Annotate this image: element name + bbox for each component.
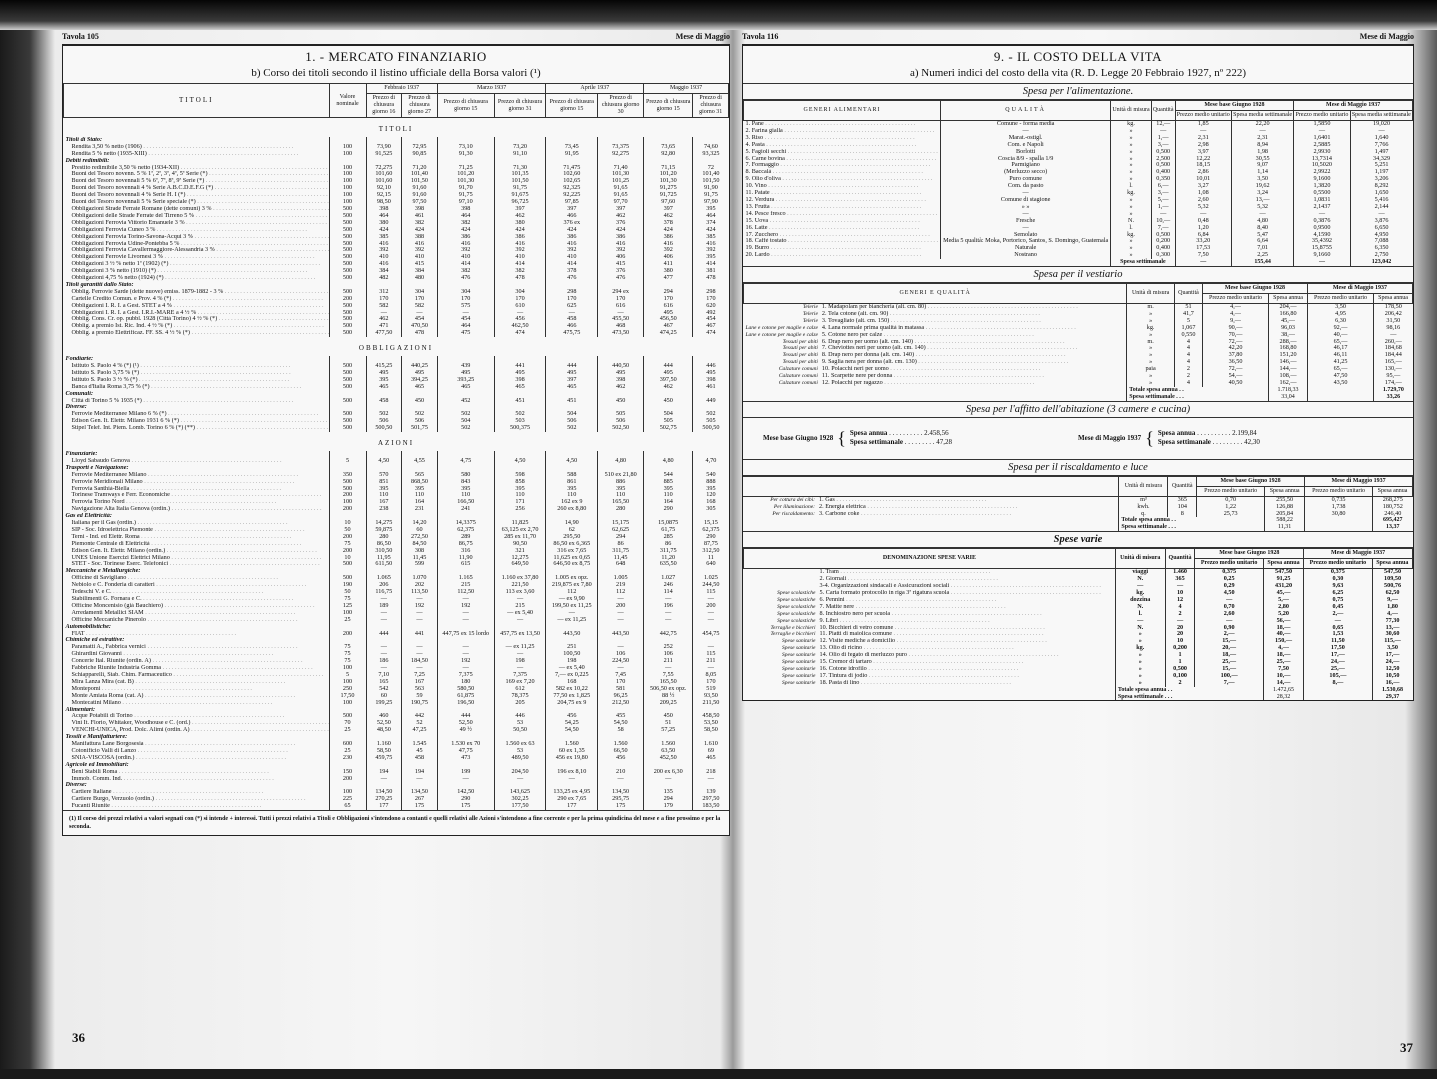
total-current: 1.729,7033,26 — [1374, 387, 1413, 401]
category: Tessuti per abiti — [744, 359, 820, 366]
security-name: Arredamenti Metallici SIAM — [64, 610, 330, 617]
price-cell: 196,50 — [437, 700, 494, 707]
right-page: Tavola 116 Mese di Maggio 9. - IL COSTO … — [742, 32, 1414, 701]
unit: » — [1127, 380, 1175, 387]
security-name: Obbligazioni Ferrovia Cuneo 3 % — [64, 227, 330, 234]
left-month: Mese di Maggio — [676, 32, 730, 44]
nominal-value: 200 — [329, 631, 366, 638]
security-name: Buoni del Tesoro novenn. 5 % 1ª, 2ª, 3ª,… — [64, 171, 330, 178]
security-name: UNES Unione Esercizi Elettrici Milano — [64, 555, 330, 562]
price-cell: 477 — [644, 275, 693, 282]
table-row: 1. Tramviaggi1.4600,375547,500,375547,50 — [744, 569, 1413, 576]
security-name: Edison Gen. It. Elettr. Milano (ordin.) — [64, 548, 330, 555]
group-label: Debiti redimibili: — [64, 158, 330, 165]
total-label: Totale spesa annua . .Spesa settimanale … — [1127, 387, 1269, 401]
category: Calzature comuni — [744, 366, 820, 373]
price-cell: 444 — [366, 631, 402, 638]
price-cell: 635,50 — [644, 561, 693, 568]
table-row: Telerie3. Tovagliato (alt. cm. 150)»59,—… — [744, 318, 1413, 325]
table-row: Per cottura dei cibi:1. Gasm³3650,70255,… — [743, 496, 1413, 503]
group-label: Titoli garantiti dallo Stato: — [64, 282, 330, 289]
security-name: Obbligazioni 3 ½ % netto 1ª (1902) (*) — [64, 261, 330, 268]
nominal-value: 200 — [329, 506, 366, 513]
table-row: Obbligazioni Ferrovia Vittorio Emanuele … — [64, 220, 729, 227]
table-row: Obblig. Ferrovie Sarde (dette nuove) emi… — [64, 289, 729, 296]
total-row: Totale spesa annua . .Spesa settimanale … — [743, 517, 1413, 531]
nominal-value: 200 — [329, 776, 366, 783]
food-item: 10. Vino — [744, 183, 941, 190]
security-name: Buoni del Tesoro novennali 5 % Serie spe… — [64, 199, 330, 206]
total-current: 1.530,6829,37 — [1372, 687, 1412, 701]
food-item: 19. Burro — [744, 245, 941, 252]
food-item: 9. Olio d'oliva — [744, 176, 941, 183]
price-cell: 93,325 — [693, 151, 729, 158]
food-item: 14. Pesce fresco — [744, 211, 941, 218]
price-cell: 465 — [402, 384, 438, 391]
security-name: Ghirardini Giovanni — [64, 651, 330, 658]
price-cell: 177 — [546, 803, 598, 810]
col-spesa-annua: Spesa annua — [1263, 559, 1303, 569]
food-item: 7. Formaggio — [744, 162, 941, 169]
table-row: 15. UovaFrescheN.10,—0,484,800,38763,876 — [744, 218, 1413, 225]
category: Terraglie e bicchieri — [744, 631, 818, 638]
security-name: Istituto S. Paolo 3 ½ % (*) — [64, 377, 330, 384]
table-row: Obbligazioni Ferrovia Cavallermaggiore-A… — [64, 247, 729, 254]
col-generi-qualita: GENERI E QUALITÀ — [744, 284, 1127, 304]
food-item: 3. Riso — [744, 135, 941, 142]
security-name: Stipel Telef. Int. Piem. Lomb. Torino 6 … — [64, 425, 330, 432]
table-row: Obbligazioni I. R. I. a Gest. STET a 4 %… — [64, 303, 729, 310]
nominal-value: 500 — [329, 398, 366, 405]
current-annual: 246,40 — [1373, 511, 1413, 518]
group-label: Meccaniche e Metallurgiche: — [64, 568, 330, 575]
table-row: 3. RisoMarat.-ostigl.»1,—2,312,311,64011… — [744, 135, 1413, 142]
table-row: Terraglie e bicchieri11. Piatti di maiol… — [744, 631, 1413, 638]
price-cell: 442,75 — [644, 631, 693, 638]
security-name: Ferrovie Mediterranee Milano — [64, 472, 330, 479]
security-name: Officine di Savigliano — [64, 575, 330, 582]
security-name: VENCHI-UNICA, Prod. Dolc. Alimi (ordin. … — [64, 727, 330, 734]
table-row: Ferrovie Mediterranee Milano 6 % (*)5005… — [64, 411, 729, 418]
col-unita: Unità di misura — [1115, 549, 1165, 569]
price-cell: 456 ex 19,80 — [546, 755, 598, 762]
security-name: Manifattura Lane Borgosesia — [64, 741, 330, 748]
group-label: Agricole ed Immobiliari: — [64, 762, 330, 769]
security-name: Obbligazioni Ferrovie Livornesi 3 % — [64, 254, 330, 261]
food-table: GENERI ALIMENTARI QUALITÀ Unità di misur… — [743, 100, 1413, 266]
price-cell: 4,80 — [644, 458, 693, 465]
price-cell: 48,50 — [366, 727, 402, 734]
table-row: Buoni del Tesoro novennali 5 % Serie spe… — [64, 199, 729, 206]
group-heading-row: Agricole ed Immobiliari: — [64, 762, 729, 769]
food-item: 12. Verdura — [744, 197, 941, 204]
group-label: Alimentari: — [64, 707, 330, 714]
section-heading: TITOLI — [64, 118, 729, 137]
col-base-month: Mese base Giugno 1928 — [1197, 476, 1305, 486]
purpose: Per illuminazione: — [743, 504, 817, 511]
category: Calzature comuni — [744, 373, 820, 380]
group-heading-row: Chimiche ed estrattive: — [64, 637, 729, 644]
nominal-value: 500 — [329, 330, 366, 337]
item: 9. Saglia nera per donna (alt. cm. 130) — [820, 359, 1127, 366]
item: 14. Olio di fegato di merluzzo puro — [818, 652, 1116, 659]
price-cell: 476 — [598, 275, 644, 282]
group-label: Titoli di Stato: — [64, 137, 330, 144]
group-label: Automobilistiche: — [64, 624, 330, 631]
current-price: 8,— — [1304, 680, 1372, 687]
group-heading-row: Finanziarie: — [64, 451, 729, 458]
scanned-spread: Tavola 105 Mese di Maggio 1. - MERCATO F… — [0, 0, 1437, 1079]
total-current: 695,42713,37 — [1373, 517, 1413, 531]
scan-top-edge — [0, 0, 1437, 30]
table-row: Ferrovie Mediterranee Milano350570565580… — [64, 472, 729, 479]
security-name: Ferrovia Santhià-Biella — [64, 486, 330, 493]
price-cell: 477,50 — [366, 330, 402, 337]
group-label: Gas ed Elettricità: — [64, 513, 330, 520]
table-row: Telerie2. Tela cotone (alt. cm. 90)»41,7… — [744, 311, 1413, 318]
price-cell: 212,50 — [598, 700, 644, 707]
category: Spese scolastiche — [744, 611, 818, 618]
item: 2. Giornali — [818, 576, 1116, 583]
security-name: Concerie Ital. Riunite (ordin. A) — [64, 658, 330, 665]
item: 12. Visite mediche a domicilio — [818, 638, 1116, 645]
table-row: Istituto S. Paolo 4 % (*) (¹)500415,2544… — [64, 363, 729, 370]
table-row: 2. Farina gialla—»————— — [744, 128, 1413, 135]
price-cell: 450 — [644, 398, 693, 405]
item: 12. Polacchi per ragazzo — [820, 380, 1127, 387]
security-name: Montecatini Milano — [64, 700, 330, 707]
cost-of-living-frame: 9. - IL COSTO DELLA VITA a) Numeri indic… — [742, 44, 1414, 701]
group-heading-row: Comunali: — [64, 391, 729, 398]
category: Telerie — [744, 318, 820, 325]
right-running-head: Tavola 116 Mese di Maggio — [742, 32, 1414, 44]
col-prezzo: Prezzo medio unitario — [1195, 559, 1263, 569]
left-title: 1. - MERCATO FINANZIARIO — [63, 49, 729, 65]
table-row: Arredamenti Metallici SIAM100———— ex 5,4… — [64, 610, 729, 617]
category: Lane e cotone per maglie e calze — [744, 325, 820, 332]
food-item: 18. Caffè tostato — [744, 238, 941, 245]
security-name: Fabbriche Riunite Industria Gomma — [64, 665, 330, 672]
price-cell: 4,50 — [546, 458, 598, 465]
group-heading-row: Debiti redimibili: — [64, 158, 729, 165]
security-name: Obbligazioni Ferrovia Cavallermaggiore-A… — [64, 247, 330, 254]
security-name: Rendita 3,50 % netto (1906) — [64, 144, 330, 151]
price-cell: 476 — [437, 275, 494, 282]
table-row: Banca d'Italia Roma 3,75 % (*)5004654654… — [64, 384, 729, 391]
price-cell: 290 — [644, 506, 693, 513]
table-row: Obbligazioni delle Strade Ferrate del Ti… — [64, 213, 729, 220]
price-cell: 459,75 — [366, 755, 402, 762]
table-row: Per illuminazione:2. Energia elettricakw… — [743, 504, 1413, 511]
table-row: Spese scolastiche9. Libri———56,——77,30 — [744, 618, 1413, 625]
price-cell: — — [437, 776, 494, 783]
table-row: Obbligazioni 4,75 % netto (1924) (*)5004… — [64, 275, 729, 282]
item: 16. Cotone idrofilo — [818, 666, 1116, 673]
nominal-value: 230 — [329, 755, 366, 762]
table-row: Spese scolastiche8. Inchiostro nero per … — [744, 611, 1413, 618]
category — [744, 583, 818, 590]
nominal-value: 5 — [329, 458, 366, 465]
right-title: 9. - IL COSTO DELLA VITA — [743, 49, 1413, 65]
item: 3. Tovagliato (alt. cm. 150) — [820, 318, 1127, 325]
security-name: Mira Lanza Mira (cat. B) — [64, 679, 330, 686]
security-name: Cotonificio Valli di Lanzo — [64, 748, 330, 755]
category: Spese sanitarie — [744, 673, 818, 680]
food-item: 1. Pane — [744, 121, 941, 128]
price-cell: 452 — [437, 398, 494, 405]
price-cell: 91,525 — [366, 151, 402, 158]
table-row: Spese sanitarie13. Olio di ricinokg.0,20… — [744, 645, 1413, 652]
total-base: 1.718,3333,04 — [1269, 387, 1308, 401]
price-cell: 501,75 — [402, 425, 438, 432]
table-row: 11. Patate—kg.3,—1,083,240,55001,650 — [744, 190, 1413, 197]
item: 10. Bicchieri di vetro comune — [818, 625, 1116, 632]
table-row: Obblig. Cons. Cr. op. pubbl. 1928 (Città… — [64, 316, 729, 323]
price-cell: 260 ex 8,80 — [546, 506, 598, 513]
table-row: Manifattura Lane Borgosesia6001.1601.545… — [64, 741, 729, 748]
quantity: 2 — [1165, 680, 1195, 687]
item: 5. Carta formato protocollo in riga 3ª r… — [818, 590, 1116, 597]
current-price: 43,50 — [1307, 380, 1373, 387]
price-cell: 47,25 — [402, 727, 438, 734]
table-row: Concerie Ital. Riunite (ordin. A)7518618… — [64, 658, 729, 665]
table-row: Vini It. Florio, Whitaker, Woodhouse e C… — [64, 720, 729, 727]
security-name: Obblig. Ferrovie Sarde (dette nuove) emi… — [64, 289, 330, 296]
security-name: Navigazione Alta Italia Genova (ordin.) — [64, 506, 330, 513]
table-row: Calzature comuni11. Scarpette nere per d… — [744, 373, 1413, 380]
group-label: Fondiarie: — [64, 356, 330, 363]
price-cell: 57,25 — [644, 727, 693, 734]
col-quantita: Quantità — [1168, 476, 1197, 496]
security-name: Ferrovia Torino Nord — [64, 499, 330, 506]
price-cell: 256 — [494, 506, 546, 513]
table-row: Buoni del Tesoro novennali 5 % 6ª, 7ª, 8… — [64, 178, 729, 185]
col-unita: Unità di misura — [1127, 284, 1175, 304]
price-cell: — — [494, 617, 546, 624]
price-cell: — — [494, 776, 546, 783]
col-month-may: Maggio 1937 — [644, 84, 729, 94]
security-name: Officine Moncenisio (già Bauchiero) — [64, 603, 330, 610]
col-titoli: TITOLI — [64, 84, 330, 118]
category: Telerie — [744, 304, 820, 311]
price-cell: 474 — [693, 330, 729, 337]
unit: q. — [1119, 511, 1168, 518]
table-row: Telerie1. Madapolam per biancheria (alt.… — [744, 304, 1413, 311]
group-heading-row: Diverse: — [64, 404, 729, 411]
left-table-number: Tavola 105 — [62, 32, 99, 44]
rent-block: Mese base Giugno 1928 { Spesa annua . . … — [743, 418, 1413, 460]
item: 1. Madapolam per biancheria (alt. cm. 80… — [820, 304, 1127, 311]
table-row: Obbligazioni 3 % netto (1910) (*)5003843… — [64, 268, 729, 275]
security-name: Vini It. Florio, Whitaker, Woodhouse e C… — [64, 720, 330, 727]
price-cell: 500,50 — [693, 425, 729, 432]
col-closing-price: Prezzo di chiusura giorno 30 — [598, 94, 644, 118]
price-cell: — ex 11,25 — [546, 617, 598, 624]
security-name: Cartelle Credito Comun. e Prov. 4 % (*) — [64, 296, 330, 303]
col-prezzo: Prezzo medio unitario — [1307, 294, 1373, 304]
base-price: 7,— — [1195, 680, 1263, 687]
price-cell: 482 — [366, 275, 402, 282]
price-cell: — — [437, 617, 494, 624]
right-page-number: 37 — [1400, 1040, 1413, 1056]
table-row: Fabbriche Riunite Industria Gomma100————… — [64, 665, 729, 672]
nominal-value: 100 — [329, 151, 366, 158]
item: 10. Polacchi neri per uomo — [820, 366, 1127, 373]
security-name: Banca d'Italia Roma 3,75 % (*) — [64, 384, 330, 391]
group-heading-row: Alimentari: — [64, 707, 729, 714]
table-row: Immob. Comm. Ind.200———————— — [64, 776, 729, 783]
current-annual: 174,— — [1374, 380, 1413, 387]
col-generi: GENERI ALIMENTARI — [744, 101, 941, 121]
item: 15. Cremor di tartaro — [818, 659, 1116, 666]
price-cell: 199,25 — [366, 700, 402, 707]
group-label: Diverse: — [64, 404, 330, 411]
table-row: Lloyd Sabaudo Genova54,504,554,754,504,5… — [64, 458, 729, 465]
col-cur-month: Mese di Maggio 1937 — [1305, 476, 1413, 486]
table-row: Ferrovie Meridionali Milano500851868,508… — [64, 479, 729, 486]
purpose: Per riscaldamento: — [743, 511, 817, 518]
col-cur-month: Mese di Maggio 1937 — [1307, 284, 1412, 294]
price-cell: 599 — [402, 561, 438, 568]
table-row: Stipel Telef. Int. Piem. Lomb. Torino 6 … — [64, 425, 729, 432]
security-name: Ferrovie Mediterranee Milano 6 % (*) — [64, 411, 330, 418]
table-row: Spese scolastiche5. Carta formato protoc… — [744, 590, 1413, 597]
category: Spese sanitarie — [744, 680, 818, 687]
col-base-month: Mese base Giugno 1928 — [1202, 284, 1307, 294]
table-row: 3-4. Organizzazioni sindacali e Assicura… — [744, 583, 1413, 590]
security-name: SNIA-VISCOSA (ordin.) — [64, 755, 330, 762]
misc-table: DENOMINAZIONE SPESE VARIE Unità di misur… — [743, 548, 1413, 700]
price-cell: 500,50 — [366, 425, 402, 432]
category: Spese sanitarie — [744, 659, 818, 666]
group-heading-row: Tessili e Manifatturiere: — [64, 734, 729, 741]
price-cell: 179 — [644, 803, 693, 810]
table-row: Cartiere Burgo, Verzuolo (ordin.)225270,… — [64, 796, 729, 803]
security-name: Obbligazioni Strade Ferrate Romane (dett… — [64, 206, 330, 213]
price-cell: 231 — [402, 506, 438, 513]
col-closing-price: Prezzo di chiusura giorno 15 — [437, 94, 494, 118]
col-quantita: Quantità — [1151, 101, 1175, 121]
total-base: 588,2211,31 — [1265, 517, 1305, 531]
price-cell: 49 ½ — [437, 727, 494, 734]
price-cell: 478 — [494, 275, 546, 282]
quality: Nostrano — [941, 252, 1111, 259]
table-row: Officine Meccaniche Pinerolo25————— ex 1… — [64, 617, 729, 624]
nominal-value: 25 — [329, 617, 366, 624]
misc-section-title: Spese varie — [743, 531, 1413, 548]
table-row: Obbligazioni Ferrovie Livornesi 3 %50041… — [64, 254, 729, 261]
price-cell: 241 — [437, 506, 494, 513]
table-row: Spese sanitarie12. Visite mediche a domi… — [744, 638, 1413, 645]
price-cell: 462 — [644, 384, 693, 391]
security-name: Obblig. a premio Ist. Ric. Ind. 4 ½ % (*… — [64, 323, 330, 330]
security-name: Obbligazioni Ferrovia Udine-Pontebba 5 % — [64, 241, 330, 248]
category — [744, 569, 818, 576]
price-cell: 465 — [437, 384, 494, 391]
table-row: Obbligazioni 3 ½ % netto 1ª (1902) (*)50… — [64, 261, 729, 268]
security-name: Montepomi — [64, 686, 330, 693]
table-row: 1. PaneComune - forma mediakg.12,—1,8522… — [744, 121, 1413, 128]
table-row: Calzature comuni10. Polacchi neri per uo… — [744, 366, 1413, 373]
price-cell: 646,50 ex 8,75 — [546, 561, 598, 568]
table-row: Spese sanitarie14. Olio di fegato di mer… — [744, 652, 1413, 659]
table-row: Obbligazioni Ferrovia Torino-Savona-Acqu… — [64, 234, 729, 241]
weekly-label: Spesa settimanale — [1111, 259, 1175, 266]
price-cell: 58,50 — [693, 727, 729, 734]
total-label: Totale spesa annua . .Spesa settimanale … — [1115, 687, 1263, 701]
col-closing-price: Prezzo di chiusura giorno 31 — [494, 94, 546, 118]
price-cell: 175 — [437, 803, 494, 810]
price-cell: 454,75 — [693, 631, 729, 638]
security-name: Obbligazioni Ferrovia Vittorio Emanuele … — [64, 220, 330, 227]
category: Spese sanitarie — [744, 638, 818, 645]
security-name: Buoni del Tesoro novennali 4 % Serie H. … — [64, 192, 330, 199]
base-weekly: 2,25 — [1231, 252, 1293, 259]
table-row: Spese scolastiche7. Matite nereN.40,702,… — [744, 604, 1413, 611]
price-cell: — — [644, 776, 693, 783]
nominal-value: 25 — [329, 727, 366, 734]
price-cell: 90,85 — [402, 151, 438, 158]
category: Spese sanitarie — [744, 666, 818, 673]
security-name: Lloyd Sabaudo Genova — [64, 458, 330, 465]
table-row: Spese sanitarie18. Pasta di lino»27,—14,… — [744, 680, 1413, 687]
col-prezzo: Prezzo medio unitario — [1294, 111, 1350, 121]
price-cell: 465 — [546, 384, 598, 391]
table-row: Stabilimenti G. Fornara e C.75————— ex 9… — [64, 596, 729, 603]
category: Tessuti per abiti — [744, 352, 820, 359]
quantity: 8 — [1168, 511, 1197, 518]
table-row: Edison Gen. It. Elettr. Milano (ordin.)2… — [64, 548, 729, 555]
security-name: Buoni del Tesoro novennali 5 % 6ª, 7ª, 8… — [64, 178, 330, 185]
table-row: SNIA-VISCOSA (ordin.)230459,75458473489,… — [64, 755, 729, 762]
rent-base-annua: 2.458,56 — [924, 429, 949, 437]
price-cell: 238 — [366, 506, 402, 513]
security-name: Prestito redimibile 3,50 % netto (1934-X… — [64, 165, 330, 172]
quantity: 0,300 — [1151, 252, 1175, 259]
price-cell: 211,50 — [693, 700, 729, 707]
total-row: Totale spesa annua . .Spesa settimanale … — [744, 387, 1413, 401]
col-closing-price: Prezzo di chiusura giorno 15 — [644, 94, 693, 118]
price-cell: 50,50 — [494, 727, 546, 734]
price-cell: 461 — [693, 384, 729, 391]
price-cell: 478 — [402, 330, 438, 337]
base-annual: 162,— — [1269, 380, 1308, 387]
col-prezzo: Prezzo medio unitario — [1197, 486, 1265, 496]
group-label: Chimiche ed estrattive: — [64, 637, 330, 644]
price-cell: — — [693, 776, 729, 783]
price-cell: 177,50 — [494, 803, 546, 810]
price-cell: 54,50 — [546, 727, 598, 734]
table-row: 9. Olio d'olivaPuro comune»0,35010,013,5… — [744, 176, 1413, 183]
clothing-section-title: Spesa per il vestiario — [743, 266, 1413, 283]
table-row: Officine Moncenisio (già Bauchiero)12518… — [64, 603, 729, 610]
price-cell: 177 — [366, 803, 402, 810]
table-row: Per riscaldamento:3. Carbone cokeq.825,7… — [743, 511, 1413, 518]
table-row: Tessuti per abiti9. Saglia nera per donn… — [744, 359, 1413, 366]
price-cell: 4,80 — [598, 458, 644, 465]
table-row: UNES Unione Esercizi Elettrici Milano101… — [64, 555, 729, 562]
financial-market-frame: 1. - MERCATO FINANZIARIO b) Corso dei ti… — [62, 44, 730, 836]
item: 7. Matite nere — [818, 604, 1116, 611]
item: 7. Cheviottes neri per uomo (alt. cm. 14… — [820, 345, 1127, 352]
food-total-row: Spesa settimanale—155,44—123,042 — [744, 259, 1413, 266]
table-row: 7. FormaggioParmigiano»0,50018,159,0710,… — [744, 162, 1413, 169]
price-cell: 480 — [402, 275, 438, 282]
table-row: 20. LardoNostrano»0,3007,502,259,16602,7… — [744, 252, 1413, 259]
security-name: Terni - Ind. ed Elettr. Roma — [64, 534, 330, 541]
price-cell: 204,75 ex 9 — [546, 700, 598, 707]
col-spesa-sett: Spesa media settimanale — [1231, 111, 1293, 121]
